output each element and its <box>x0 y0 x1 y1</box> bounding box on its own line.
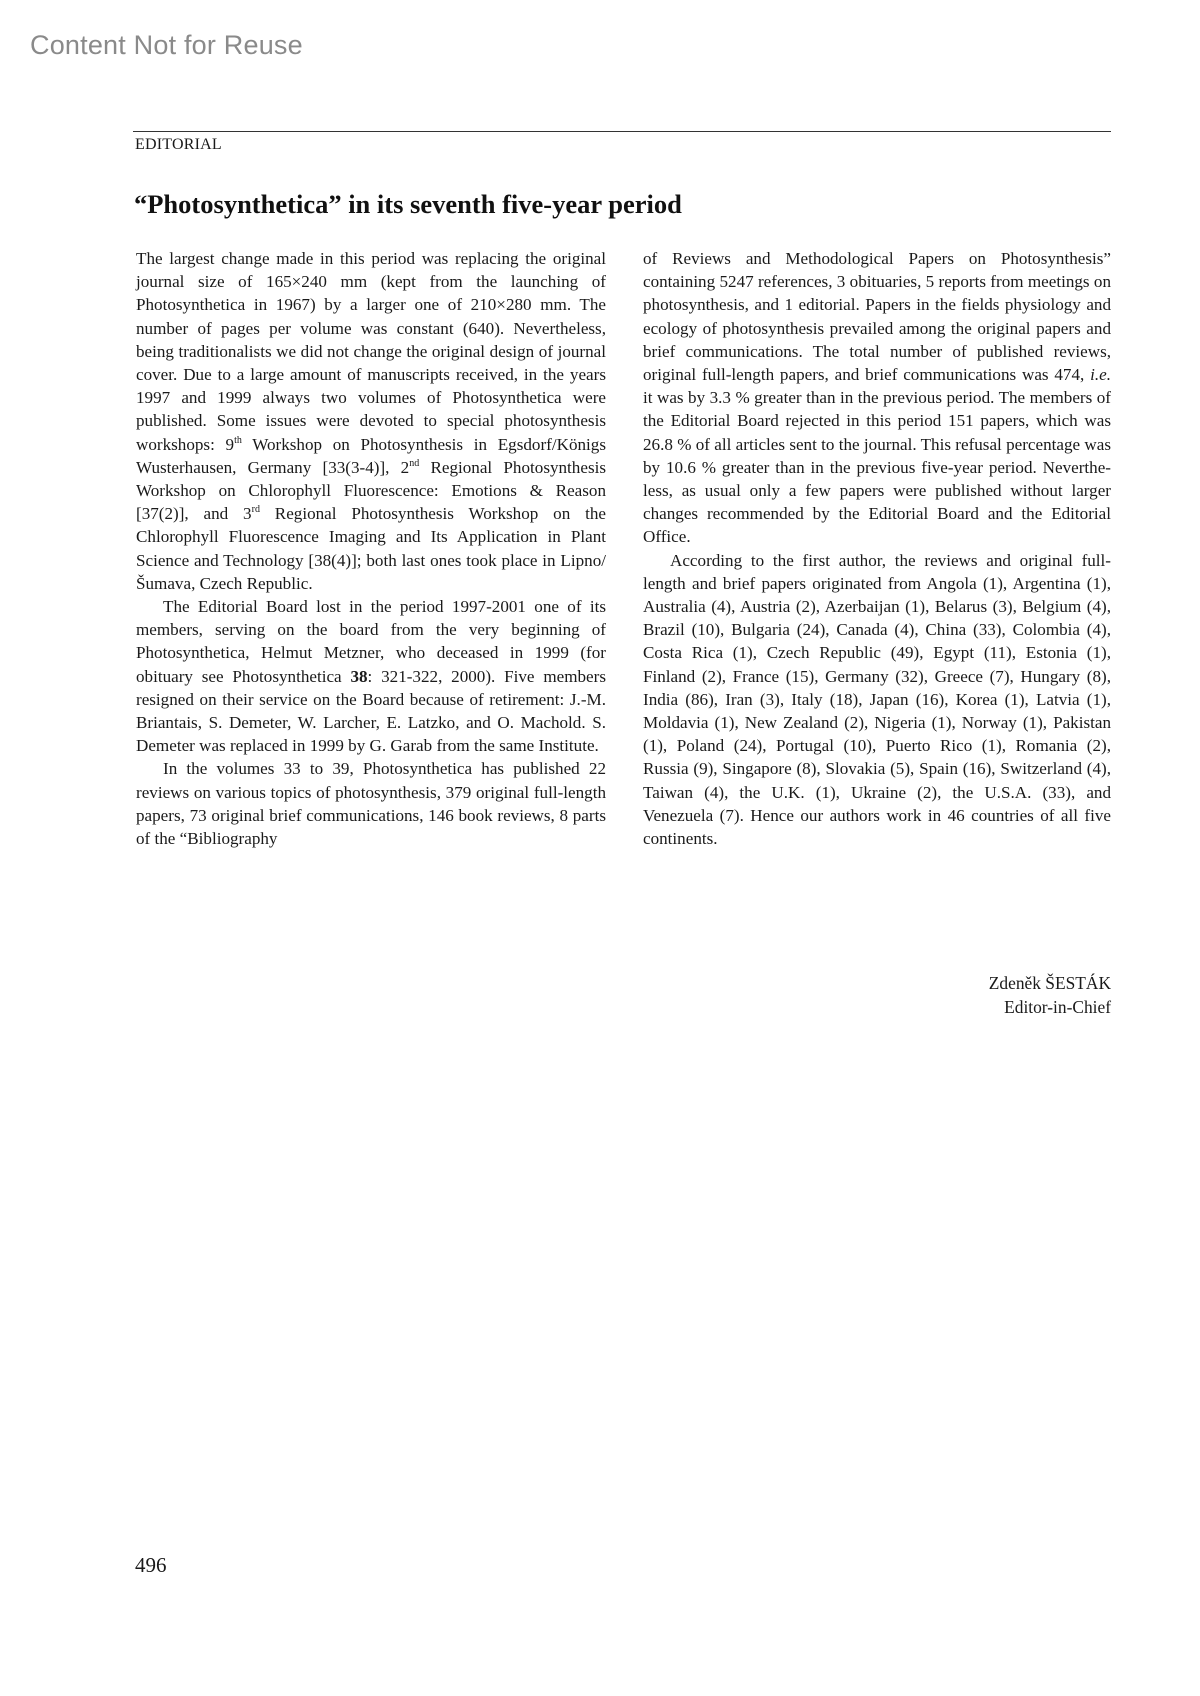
watermark-text: Content Not for Reuse <box>30 30 303 61</box>
article-title: “Photosynthetica” in its seventh five-ye… <box>134 189 682 220</box>
section-label: EDITORIAL <box>135 136 222 154</box>
paragraph-countries: According to the first author, the revie… <box>643 549 1111 851</box>
signature-block: Zdeněk ŠESTÁK Editor-in-Chief <box>989 971 1111 1019</box>
left-column: The largest change made in this period w… <box>136 247 606 850</box>
author-role: Editor-in-Chief <box>989 995 1111 1019</box>
paragraph-publication-stats: of Reviews and Methodological Papers on … <box>643 247 1111 549</box>
right-column: of Reviews and Methodological Papers on … <box>643 247 1111 850</box>
paragraph-volumes-stats: In the volumes 33 to 39, Photosynthetica… <box>136 757 606 850</box>
page-number: 496 <box>135 1553 167 1578</box>
header-rule <box>133 131 1111 132</box>
paragraph-editorial-board: The Editorial Board lost in the period 1… <box>136 595 606 757</box>
paragraph-journal-size: The largest change made in this period w… <box>136 247 606 595</box>
author-name: Zdeněk ŠESTÁK <box>989 971 1111 995</box>
